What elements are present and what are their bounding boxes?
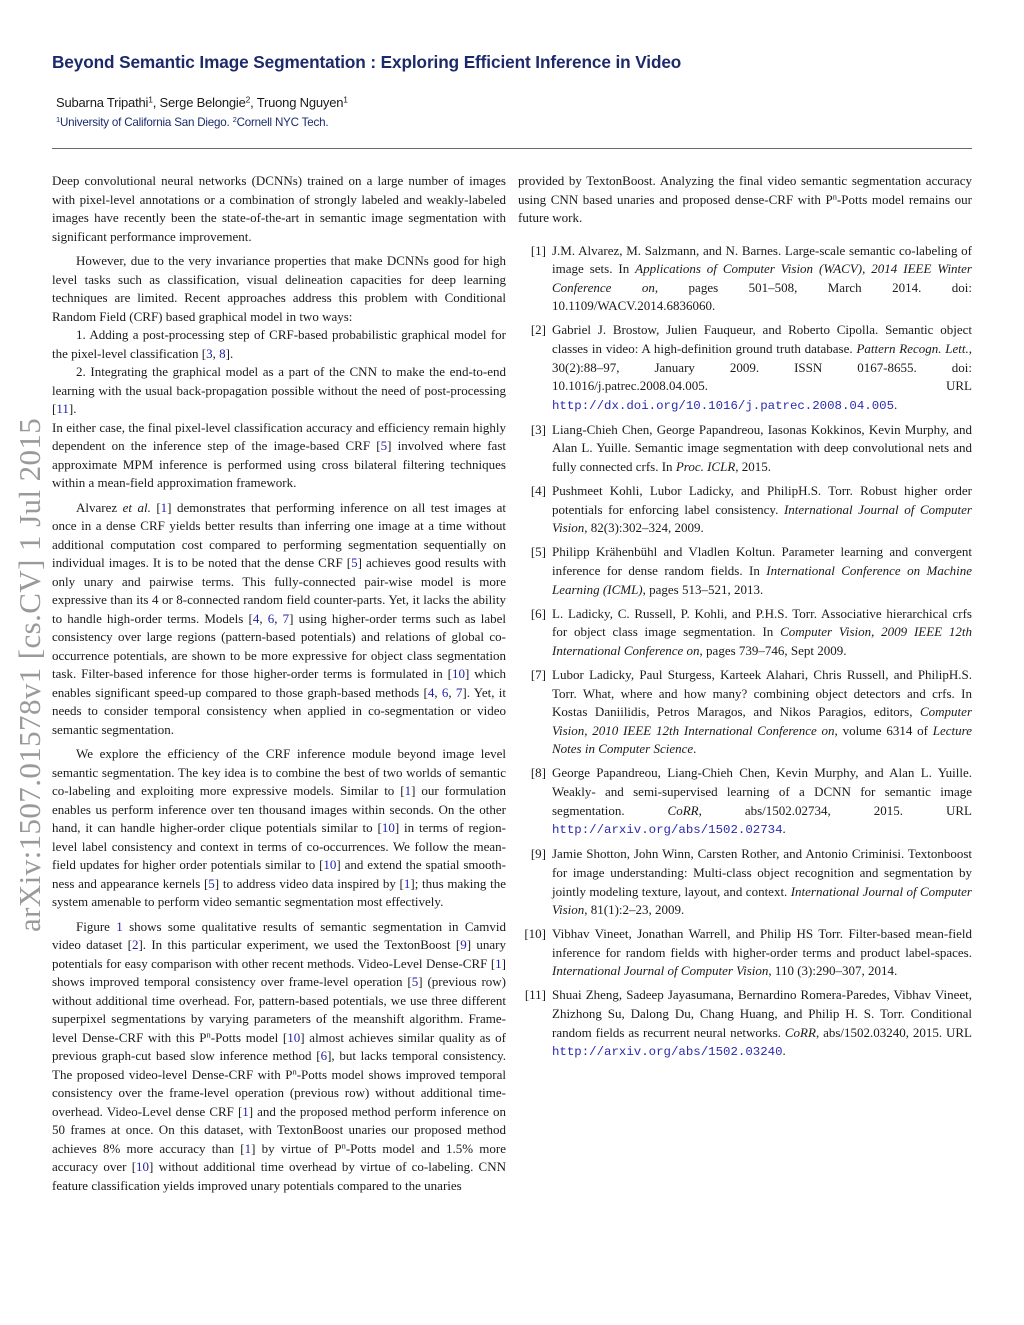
list-item-2: 2. Integrating the graphical model as a … bbox=[52, 363, 506, 419]
reference-url-link[interactable]: http://dx.doi.org/10.1016/j.patrec.2008.… bbox=[552, 399, 894, 413]
reference-number: [11] bbox=[518, 986, 546, 1005]
reference-item: [4] Pushmeet Kohli, Lubor Ladicky, and P… bbox=[518, 482, 972, 538]
citation-link[interactable]: 4 bbox=[253, 611, 260, 626]
citation-link[interactable]: 6 bbox=[442, 685, 449, 700]
author-name: Truong Nguyen bbox=[257, 95, 344, 110]
right-column: provided by TextonBoost. Analyzing the f… bbox=[518, 172, 972, 1067]
reference-number: [7] bbox=[518, 666, 546, 685]
reference-item: [5] Philipp Krähenbühl and Vladlen Koltu… bbox=[518, 543, 972, 599]
reference-number: [10] bbox=[518, 925, 546, 944]
paper-title: Beyond Semantic Image Segmentation : Exp… bbox=[52, 52, 681, 73]
paragraph-explore: We explore the efficiency of the CRF inf… bbox=[52, 745, 506, 912]
affiliation-name: University of California San Diego. bbox=[60, 116, 230, 129]
citation-link[interactable]: 10 bbox=[287, 1030, 300, 1045]
reference-number: [9] bbox=[518, 845, 546, 864]
paragraph-intro: Deep convolutional neural networks (DCNN… bbox=[52, 172, 506, 246]
citation-link[interactable]: 10 bbox=[136, 1159, 149, 1174]
arxiv-watermark: arXiv:1507.01578v1 [cs.CV] 1 Jul 2015 bbox=[12, 372, 48, 932]
reference-number: [8] bbox=[518, 764, 546, 783]
reference-number: [6] bbox=[518, 605, 546, 624]
affiliations: 1University of California San Diego. 2Co… bbox=[56, 116, 328, 129]
list-item-1: 1. Adding a post-processing step of CRF-… bbox=[52, 326, 506, 363]
reference-number: [4] bbox=[518, 482, 546, 501]
citation-link[interactable]: 10 bbox=[323, 857, 336, 872]
reference-number: [3] bbox=[518, 421, 546, 440]
reference-item: [8] George Papandreou, Liang-Chieh Chen,… bbox=[518, 764, 972, 839]
author-name: Serge Belongie bbox=[160, 95, 246, 110]
reference-number: [2] bbox=[518, 321, 546, 340]
affiliation-mark: 1 bbox=[148, 94, 153, 104]
paragraph-future-work: provided by TextonBoost. Analyzing the f… bbox=[518, 172, 972, 228]
affiliation-mark: 2 bbox=[246, 94, 251, 104]
author-list: Subarna Tripathi1, Serge Belongie2, Truo… bbox=[56, 95, 348, 110]
author-name: Subarna Tripathi bbox=[56, 95, 148, 110]
reference-url-link[interactable]: http://arxiv.org/abs/1502.02734 bbox=[552, 823, 783, 837]
reference-item: [1] J.M. Alvarez, M. Salzmann, and N. Ba… bbox=[518, 242, 972, 316]
reference-item: [3] Liang-Chieh Chen, George Papandreou,… bbox=[518, 421, 972, 477]
left-column: Deep convolutional neural networks (DCNN… bbox=[52, 172, 506, 1201]
affiliation-mark: 1 bbox=[343, 94, 348, 104]
reference-item: [10] Vibhav Vineet, Jonathan Warrell, an… bbox=[518, 925, 972, 981]
reference-url-link[interactable]: http://arxiv.org/abs/1502.03240 bbox=[552, 1045, 783, 1059]
citation-link[interactable]: 10 bbox=[382, 820, 395, 835]
reference-item: [7] Lubor Ladicky, Paul Sturgess, Kartee… bbox=[518, 666, 972, 759]
citation-link[interactable]: 6 bbox=[268, 611, 275, 626]
header-divider bbox=[52, 148, 972, 149]
reference-item: [2] Gabriel J. Brostow, Julien Fauqueur,… bbox=[518, 321, 972, 415]
citation-link[interactable]: 4 bbox=[428, 685, 435, 700]
affiliation-name: Cornell NYC Tech. bbox=[237, 116, 329, 129]
reference-item: [6] L. Ladicky, C. Russell, P. Kohli, an… bbox=[518, 605, 972, 661]
paragraph-figure: Figure 1 shows some qualitative results … bbox=[52, 918, 506, 1196]
references-list: [1] J.M. Alvarez, M. Salzmann, and N. Ba… bbox=[518, 242, 972, 1062]
citation-link[interactable]: 10 bbox=[452, 666, 465, 681]
paragraph-limitations: However, due to the very invariance prop… bbox=[52, 252, 506, 326]
reference-item: [9] Jamie Shotton, John Winn, Carsten Ro… bbox=[518, 845, 972, 919]
paragraph-either-case: In either case, the final pixel-level cl… bbox=[52, 419, 506, 493]
citation-link[interactable]: 11 bbox=[56, 401, 69, 416]
reference-number: [1] bbox=[518, 242, 546, 261]
reference-item: [11] Shuai Zheng, Sadeep Jayasumana, Ber… bbox=[518, 986, 972, 1061]
reference-number: [5] bbox=[518, 543, 546, 562]
paragraph-alvarez: Alvarez et al. [1] demonstrates that per… bbox=[52, 499, 506, 740]
